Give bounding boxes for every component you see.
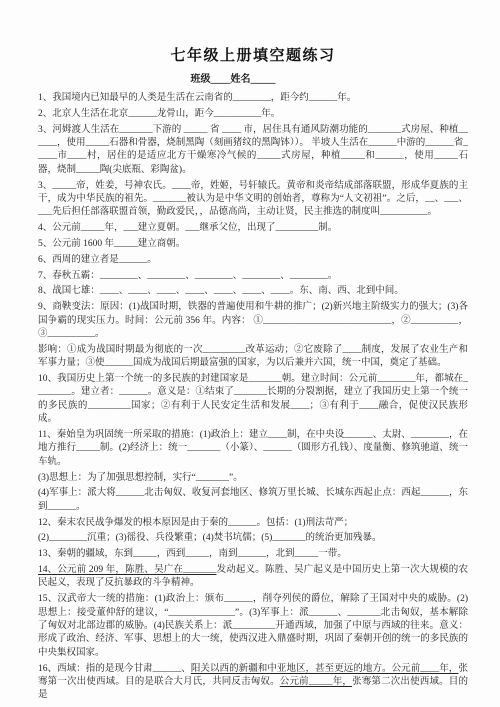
question-text: 12、秦末农民战争爆发的根本原因是由于秦的______。包括：(1)刑法苛严；	[38, 518, 353, 528]
question-paragraph: 11、秦始皇为巩固统一所采取的措施：(1)政治上：建立____制，在中央设___…	[38, 429, 468, 469]
page-title: 七年级上册填空题练习	[38, 44, 468, 65]
question-paragraph: 14、公元前 209 年，陈胜、吴广在_______发动起义。陈胜、吴广起义是中…	[38, 564, 468, 591]
question-text: 15、汉武帝大一统的措施：(1)政治上：颁布______，削夺列侯的爵位，解除了…	[38, 594, 468, 658]
question-paragraph: (4)军事上：派大将______北击匈奴、收复河套地区、修筑万里长城、长城东西起…	[38, 487, 468, 514]
question-paragraph: 6、西周的建立者是______。	[38, 254, 468, 267]
question-paragraph: 1、我国境内已知最早的人类是生活在云南省的________，距今约______年…	[38, 92, 468, 105]
underlined-text: 14、公元前 209 年，陈胜、吴广在_______	[38, 565, 216, 575]
question-text: 3、河姆渡人生活在_______下游的 _____ 省 ____ 市，居住具有通…	[38, 125, 468, 175]
question-text: (2)________沉重；(3)徭役、兵役繁重；(4)焚书坑儒；(5)____…	[38, 533, 382, 543]
question-text: 11、秦始皇为巩固统一所采取的措施：(1)政治上：建立____制，在中央设___…	[38, 430, 468, 467]
question-paragraph: 4、公元前_____年，___建立夏朝。___继承父位，出现了_________…	[38, 222, 468, 235]
question-paragraph: (3)思想上：为了加强思想控制，实行“_______”。	[38, 472, 468, 485]
question-text: 8、战国七雄：____、____、____、____、____、____、___…	[38, 286, 404, 296]
question-text: 16、西域：指的是现今甘肃______、	[38, 664, 191, 674]
question-paragraph: 12、秦末农民战争爆发的根本原因是由于秦的______。包括：(1)刑法苛严；	[38, 517, 468, 530]
question-paragraph: 7、春秋五霸：________、________、________、______…	[38, 270, 468, 283]
class-name-line: 班级____姓名_____	[38, 70, 428, 85]
question-paragraph: 5、公元前 1600 年_____建立商朝。	[38, 238, 468, 251]
questions-list: 1、我国境内已知最早的人类是生活在云南省的________，距今约______年…	[38, 92, 468, 703]
question-text: 7、春秋五霸：________、________、________、______…	[38, 271, 337, 281]
question-paragraph: 8、战国七雄：____、____、____、____、____、____、___…	[38, 285, 468, 298]
question-paragraph: 3、河姆渡人生活在_______下游的 _____ 省 ____ 市，居住具有通…	[38, 124, 468, 178]
question-text: 10、我国历史上第一个统一的多民族的封建国家是_______朝。建立时间：公元前…	[38, 374, 468, 424]
worksheet-page: 七年级上册填空题练习 班级____姓名_____ 1、我国境内已知最早的人类是生…	[0, 0, 500, 707]
question-text: 6、西周的建立者是______。	[38, 255, 157, 265]
question-text: 1、我国境内已知最早的人类是生活在云南省的________，距今约______年…	[38, 93, 356, 103]
question-paragraph: 13、秦朝的疆域，东到_____，西到_____，南到______，北到____…	[38, 548, 468, 561]
question-text: 影响：①成为战国时期最为彻底的一次_________改革运动；②它废除了____…	[38, 345, 468, 368]
question-text: 2、北京人生活在北京______龙骨山，距今__________年。	[38, 109, 280, 119]
question-paragraph: 3、_____帝，姓姜，号神农氏。____帝，姓姬，号轩辕氏。黄帝和炎帝结成部落…	[38, 180, 468, 220]
question-text: (4)军事上：派大将______北击匈奴、收复河套地区、修筑万里长城、长城东西起…	[38, 488, 468, 511]
question-text: 4、公元前_____年，___建立夏朝。___继承父位，出现了_________…	[38, 223, 337, 233]
question-paragraph: 影响：①成为战国时期最为彻底的一次_________改革运动；②它废除了____…	[38, 344, 468, 371]
question-text: (3)思想上：为了加强思想控制，实行“_______”。	[38, 473, 243, 483]
question-paragraph: 9、商鞅变法：原因：(1)战国时期，铁器的普遍使用和牛耕的推广；(2)新兴地主阶…	[38, 301, 468, 341]
underlined-text: 公元前_____年，	[280, 677, 352, 687]
question-text: 3、_____帝，姓姜，号神农氏。____帝，姓姬，号轩辕氏。黄帝和炎帝结成部落…	[38, 181, 468, 218]
question-paragraph: 15、汉武帝大一统的措施：(1)政治上：颁布______，削夺列侯的爵位，解除了…	[38, 593, 468, 660]
underlined-text: 阳关以西的新疆和中亚地区，甚至更远的地方。公元前____年，	[191, 664, 459, 674]
question-paragraph: (2)________沉重；(3)徭役、兵役繁重；(4)焚书坑儒；(5)____…	[38, 532, 468, 545]
question-paragraph: 16、西域：指的是现今甘肃______、阳关以西的新疆和中亚地区，甚至更远的地方…	[38, 663, 468, 703]
question-text: 9、商鞅变法：原因：(1)战国时期，铁器的普遍使用和牛耕的推广；(2)新兴地主阶…	[38, 302, 468, 339]
question-paragraph: 2、北京人生活在北京______龙骨山，距今__________年。	[38, 108, 468, 121]
question-paragraph: 10、我国历史上第一个统一的多民族的封建国家是_______朝。建立时间：公元前…	[38, 373, 468, 427]
question-text: 13、秦朝的疆域，东到_____，西到_____，南到______，北到____…	[38, 549, 347, 559]
question-text: 5、公元前 1600 年_____建立商朝。	[38, 239, 185, 249]
